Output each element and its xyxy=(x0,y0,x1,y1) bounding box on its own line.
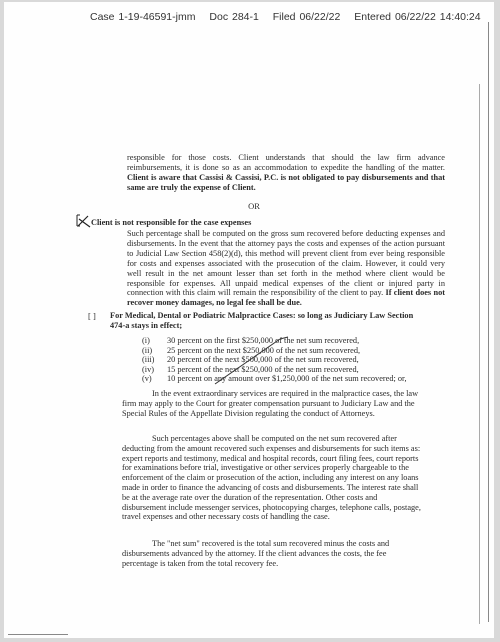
computation-paragraph: Such percentages above shall be computed… xyxy=(122,434,422,522)
checkbox-client-not-responsible[interactable] xyxy=(76,214,92,230)
scan-artifact-line xyxy=(488,22,489,622)
filed-date: Filed 06/22/22 xyxy=(273,11,341,23)
option-b-heading: Client is not responsible for the case e… xyxy=(91,218,251,227)
checkbox-malpractice[interactable]: [ ] xyxy=(88,311,96,321)
malpractice-heading-line1: For Medical, Dental or Podiatric Malprac… xyxy=(110,311,413,320)
option-a-paragraph: responsible for those costs. Client unde… xyxy=(127,153,445,193)
option-b-paragraph: Such percentage shall be computed on the… xyxy=(127,229,445,308)
doc-number: Doc 284-1 xyxy=(209,11,258,23)
or-separator: OR xyxy=(4,201,500,211)
net-sum-paragraph: The "net sum" recovered is the total sum… xyxy=(122,539,422,568)
checked-x-mark-icon xyxy=(76,214,92,228)
court-filing-stamp: Case 1-19-46591-jmm Doc 284-1 Filed 06/2… xyxy=(90,11,491,23)
entered-date: Entered 06/22/22 14:40:24 xyxy=(354,11,480,23)
scan-artifact-line xyxy=(479,84,480,624)
malpractice-heading-line2: 474-a stays in effect; xyxy=(110,321,182,330)
case-number: Case 1-19-46591-jmm xyxy=(90,11,195,23)
extraordinary-services-paragraph: In the event extraordinary services are … xyxy=(122,389,422,418)
pen-strike-mark-icon xyxy=(210,336,290,386)
scan-artifact-line xyxy=(8,634,68,635)
document-page: Case 1-19-46591-jmm Doc 284-1 Filed 06/2… xyxy=(4,2,494,638)
